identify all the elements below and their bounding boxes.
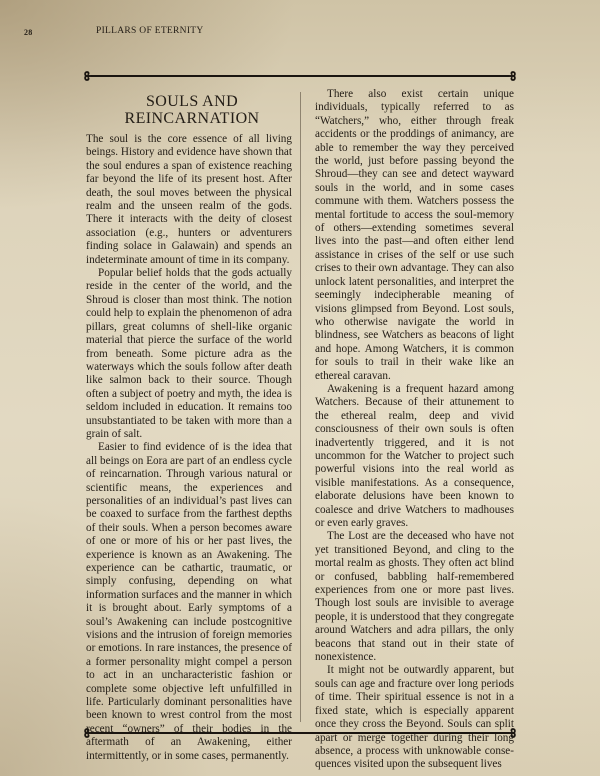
right-column: There also exist certain unique individu… (315, 88, 514, 772)
rule-line (91, 732, 509, 734)
book-title: PILLARS OF ETERNITY (96, 26, 204, 36)
paragraph: Popular belief holds that the gods actu­… (86, 267, 292, 441)
paragraph: There also exist certain unique individu… (315, 88, 514, 383)
rule-line (91, 75, 509, 77)
column-divider (300, 92, 301, 722)
right-scroll-curl-icon (506, 726, 516, 740)
left-column: SOULS AND REINCARNATION The soul is the … (86, 93, 292, 763)
bottom-scroll-rule (84, 726, 516, 740)
right-scroll-curl-icon (506, 69, 516, 83)
paragraph: Awakening is a frequent hazard among Wat… (315, 383, 514, 530)
left-scroll-curl-icon (84, 726, 94, 740)
left-scroll-curl-icon (84, 69, 94, 83)
section-title-line-2: REINCARNATION (125, 110, 260, 127)
section-title: SOULS AND REINCARNATION (86, 93, 292, 127)
paragraph: The Lost are the deceased who have not y… (315, 530, 514, 664)
page-number: 28 (24, 28, 32, 37)
paragraph: Easier to find evidence of is the idea t… (86, 441, 292, 763)
top-scroll-rule (84, 69, 516, 83)
section-title-line-1: SOULS AND (146, 93, 238, 110)
paragraph: It might not be outwardly apparent, but … (315, 664, 514, 771)
running-head: 28 PILLARS OF ETERNITY (0, 26, 600, 40)
paragraph: The soul is the core essence of all livi… (86, 133, 292, 267)
